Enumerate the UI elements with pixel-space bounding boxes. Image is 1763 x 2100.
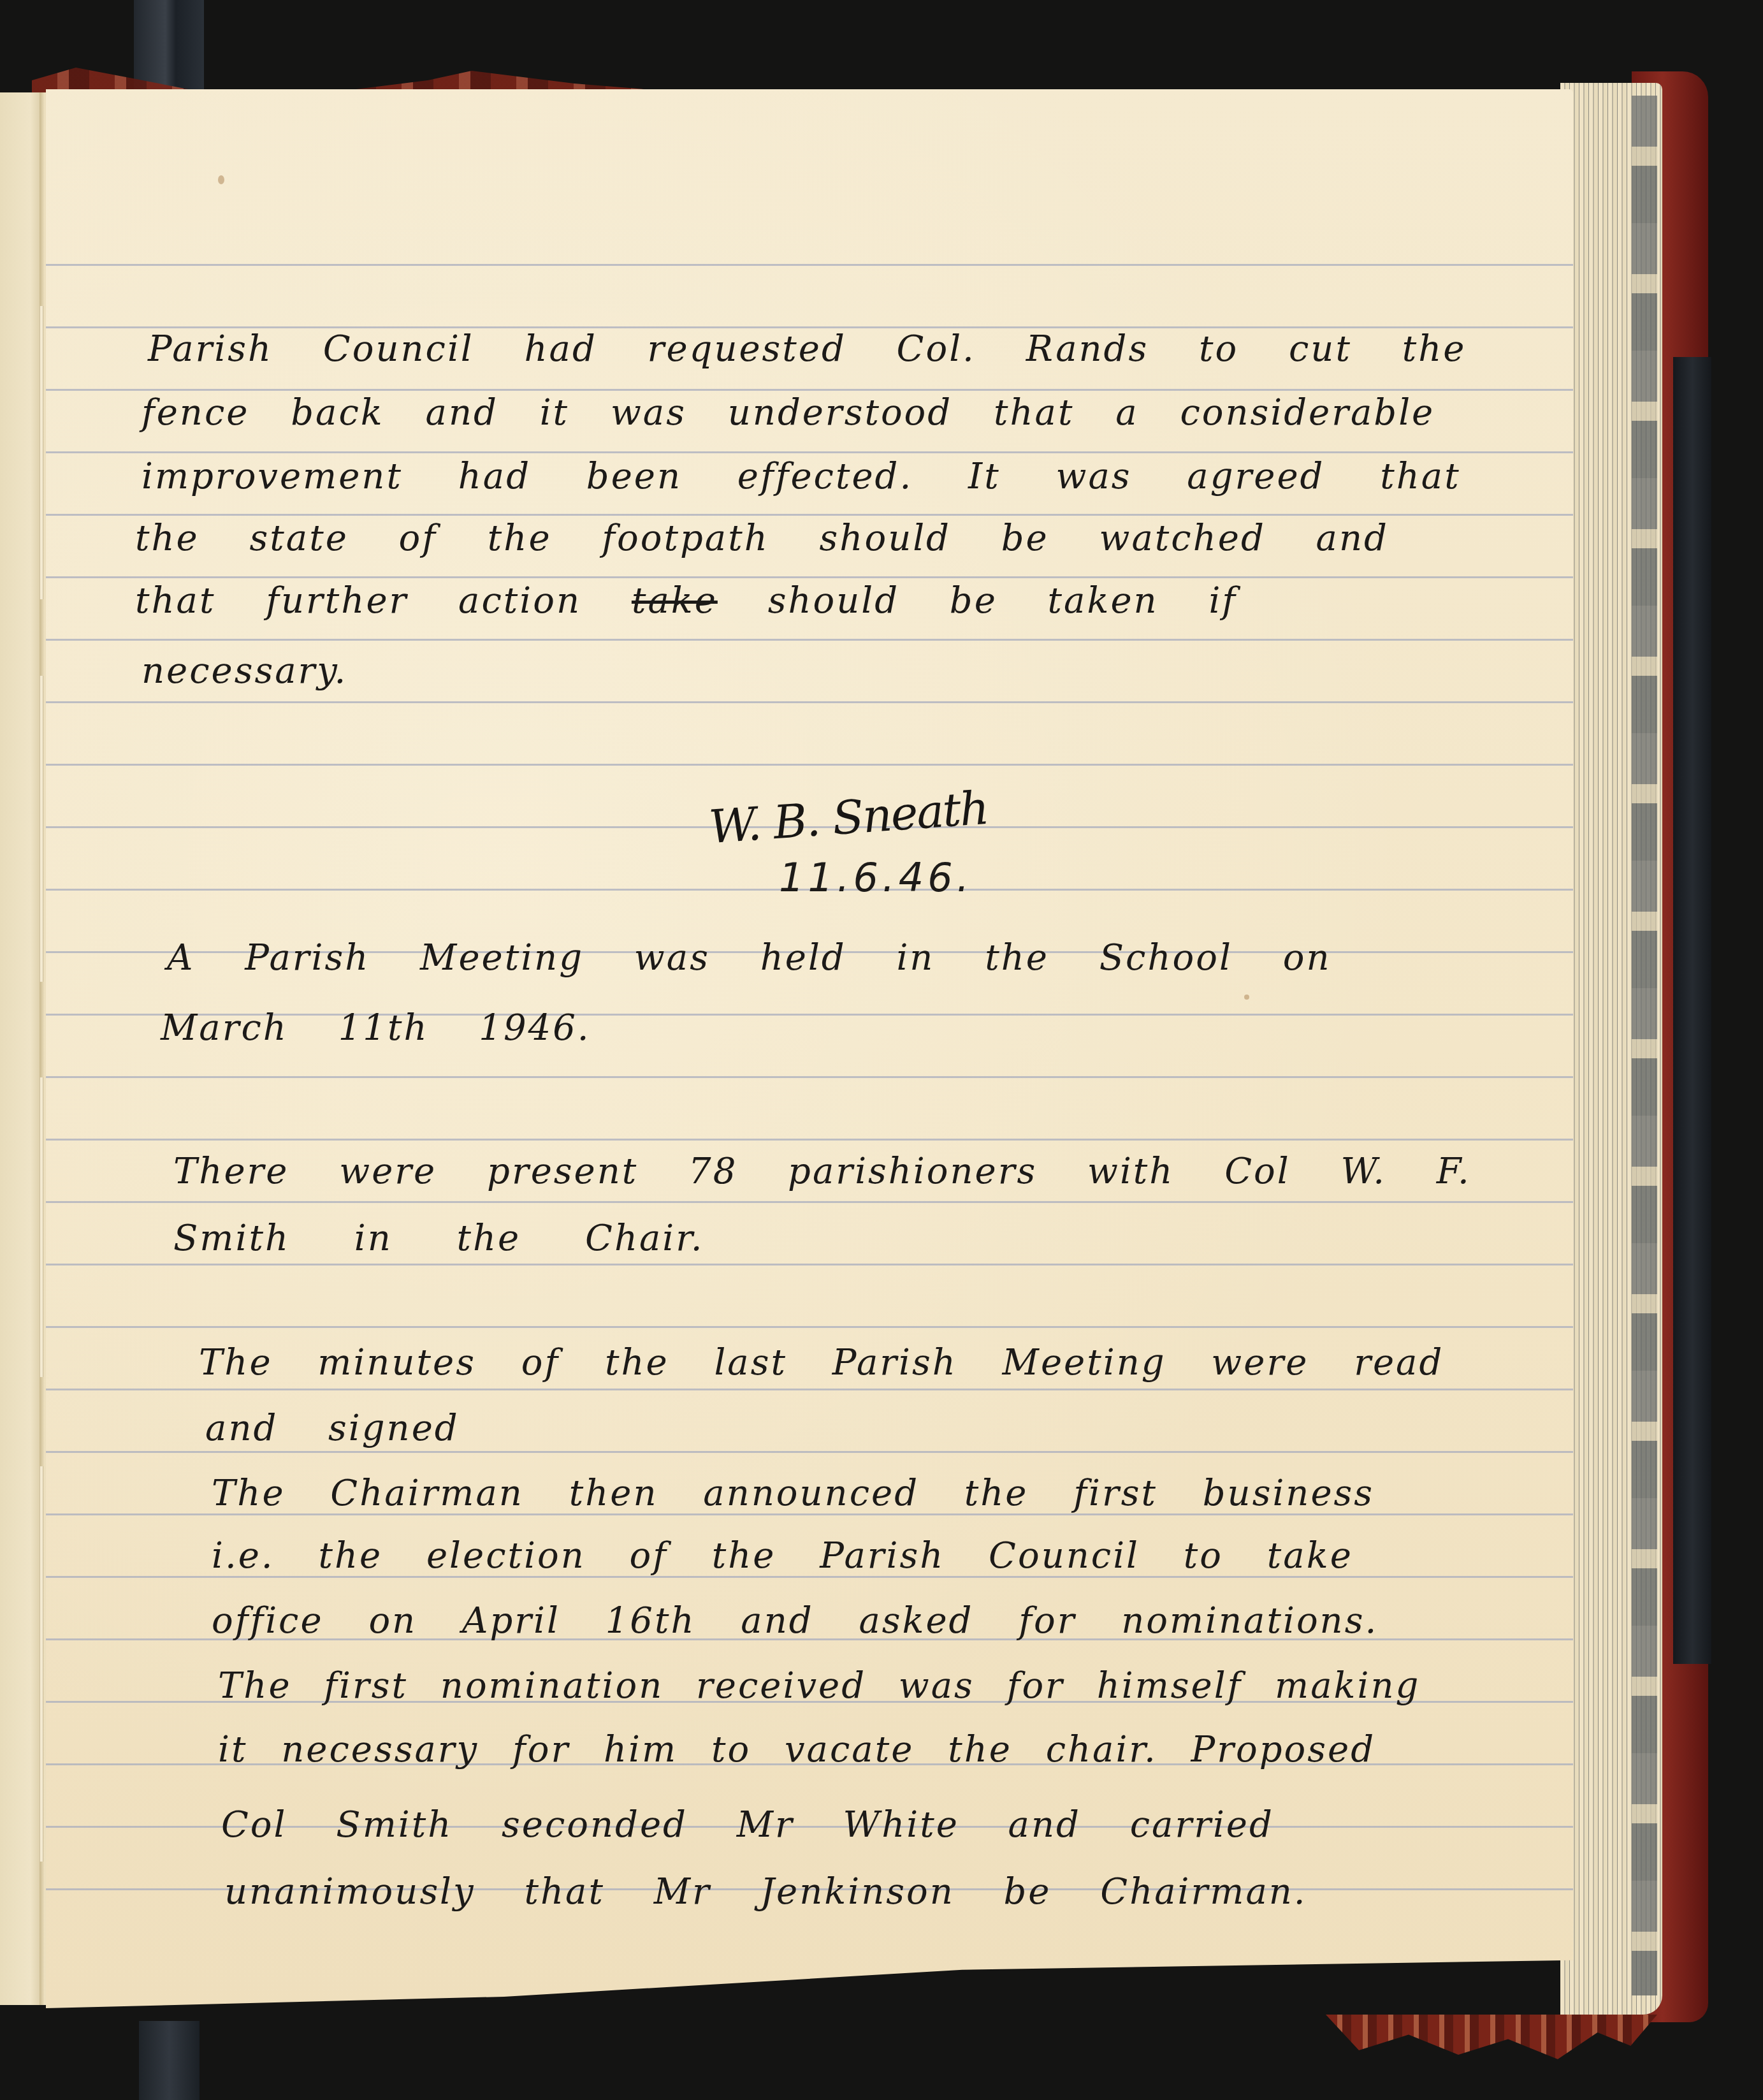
torn-cover-edge-top: [32, 61, 1498, 93]
handwritten-line: Parish Council had requested Col. Rands …: [148, 328, 1466, 370]
binding-stitch: [40, 306, 43, 599]
handwritten-line: improvement had been effected. It was ag…: [141, 456, 1461, 497]
handwritten-line: The minutes of the last Parish Meeting w…: [199, 1342, 1444, 1383]
torn-cover-edge-bottom: [1326, 2015, 1657, 2059]
left-page-sliver: [0, 92, 43, 2005]
binding-stitch: [40, 1466, 43, 1862]
handwritten-line: The first nomination received was for hi…: [218, 1665, 1420, 1707]
handwritten-line: Col Smith seconded Mr White and carried: [221, 1804, 1274, 1846]
foxing-spot: [1015, 2002, 1021, 2008]
handwritten-line: unanimously that Mr Jenkinson be Chairma…: [224, 1871, 1307, 1913]
handwritten-line: fence back and it was understood that a …: [141, 392, 1435, 434]
dark-cloth-spine: [1673, 357, 1711, 1664]
foxing-spot: [1244, 995, 1249, 1000]
ruled-lines: [46, 89, 1573, 2008]
foxing-spot: [218, 175, 224, 184]
line-text-after: should be taken if: [768, 580, 1237, 622]
handwritten-line: Smith in the Chair.: [173, 1218, 704, 1259]
book-photo-scene: Parish Council had requested Col. Rands …: [0, 0, 1763, 2100]
bookmark-ribbon-bottom: [139, 2021, 200, 2100]
handwritten-line: it necessary for him to vacate the chair…: [218, 1729, 1375, 1770]
handwritten-line: necessary.: [141, 650, 347, 692]
binding-stitch: [40, 676, 43, 982]
handwritten-line: A Parish Meeting was held in the School …: [167, 937, 1331, 979]
handwritten-line: The Chairman then announced the first bu…: [212, 1473, 1374, 1514]
handwritten-line: March 11th 1946.: [161, 1007, 591, 1049]
handwritten-line: There were present 78 parishioners with …: [173, 1151, 1471, 1192]
line-text-before: that further action: [135, 580, 581, 622]
handwritten-line: i.e. the election of the Parish Council …: [212, 1535, 1353, 1577]
signature-date: 11.6.46.: [779, 854, 973, 901]
minutes-page: Parish Council had requested Col. Rands …: [46, 89, 1573, 2008]
binding-stitch: [40, 1077, 43, 1377]
handwritten-line-with-correction: that further action take should be taken…: [135, 580, 1237, 622]
page-stack-marbling: [1632, 96, 1657, 1995]
handwritten-line: and signed: [205, 1408, 460, 1449]
handwritten-line: office on April 16th and asked for nomin…: [212, 1600, 1378, 1642]
struck-out-word: take: [632, 580, 718, 622]
handwritten-line: the state of the footpath should be watc…: [135, 518, 1389, 559]
